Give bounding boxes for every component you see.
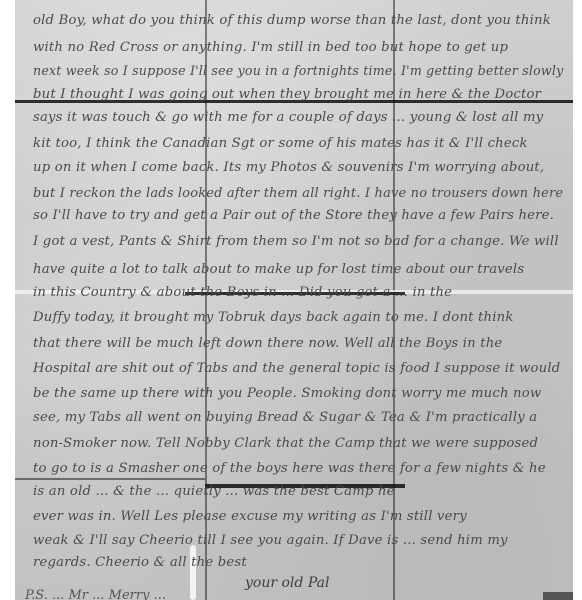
letter-line: I got a vest, Pants & Shirt from them so… [33,234,559,249]
letter-line: but I reckon the lads looked after them … [33,186,563,201]
letter-line: says it was touch & go with me for a cou… [33,110,543,125]
letter-line: so I'll have to try and get a Pair out o… [33,208,554,223]
letter-line: old Boy, what do you think of this dump … [33,13,551,28]
letter-line: Hospital are shit out of Tabs and the ge… [33,361,560,376]
letter-line: regards. Cheerio & all the best [33,555,247,570]
scan-corner-mark [543,592,573,600]
letter-line: see, my Tabs all went on buying Bread & … [33,410,537,425]
letter-line: non-Smoker now. Tell Nobby Clark that th… [33,436,538,451]
letter-line: Duffy today, it brought my Tobruk days b… [33,310,514,325]
letter-line: have quite a lot to talk about to make u… [33,262,524,277]
letter-line: up on it when I come back. Its my Photos… [33,160,544,175]
letter-line: weak & I'll say Cheerio till I see you a… [33,533,508,548]
letter-closing: your old Pal [245,575,329,591]
letter-line: ever was in. Well Les please excuse my w… [33,509,467,524]
letter-line: is an old ... & the ... quietly ... was … [33,484,395,499]
horizontal-fold-bottom-left [15,478,205,480]
letter-line: in this Country & about the Boys in ... … [33,285,452,300]
letter-line: with no Red Cross or anything. I'm still… [33,40,508,55]
letter-line: to go to is a Smasher one of the boys he… [33,461,546,476]
letter-sheet: old Boy, what do you think of this dump … [15,0,573,600]
paper-tear [190,545,196,600]
letter-line: kit too, I think the Canadian Sgt or som… [33,136,528,151]
letter-line: be the same up there with you People. Sm… [33,386,541,401]
letter-line: but I thought I was going out when they … [33,87,541,102]
letter-line: next week so I suppose I'll see you in a… [33,64,563,79]
letter-postscript: P.S. ... Mr ... Merry ... [25,588,166,600]
letter-line: that there will be much left down there … [33,336,502,351]
